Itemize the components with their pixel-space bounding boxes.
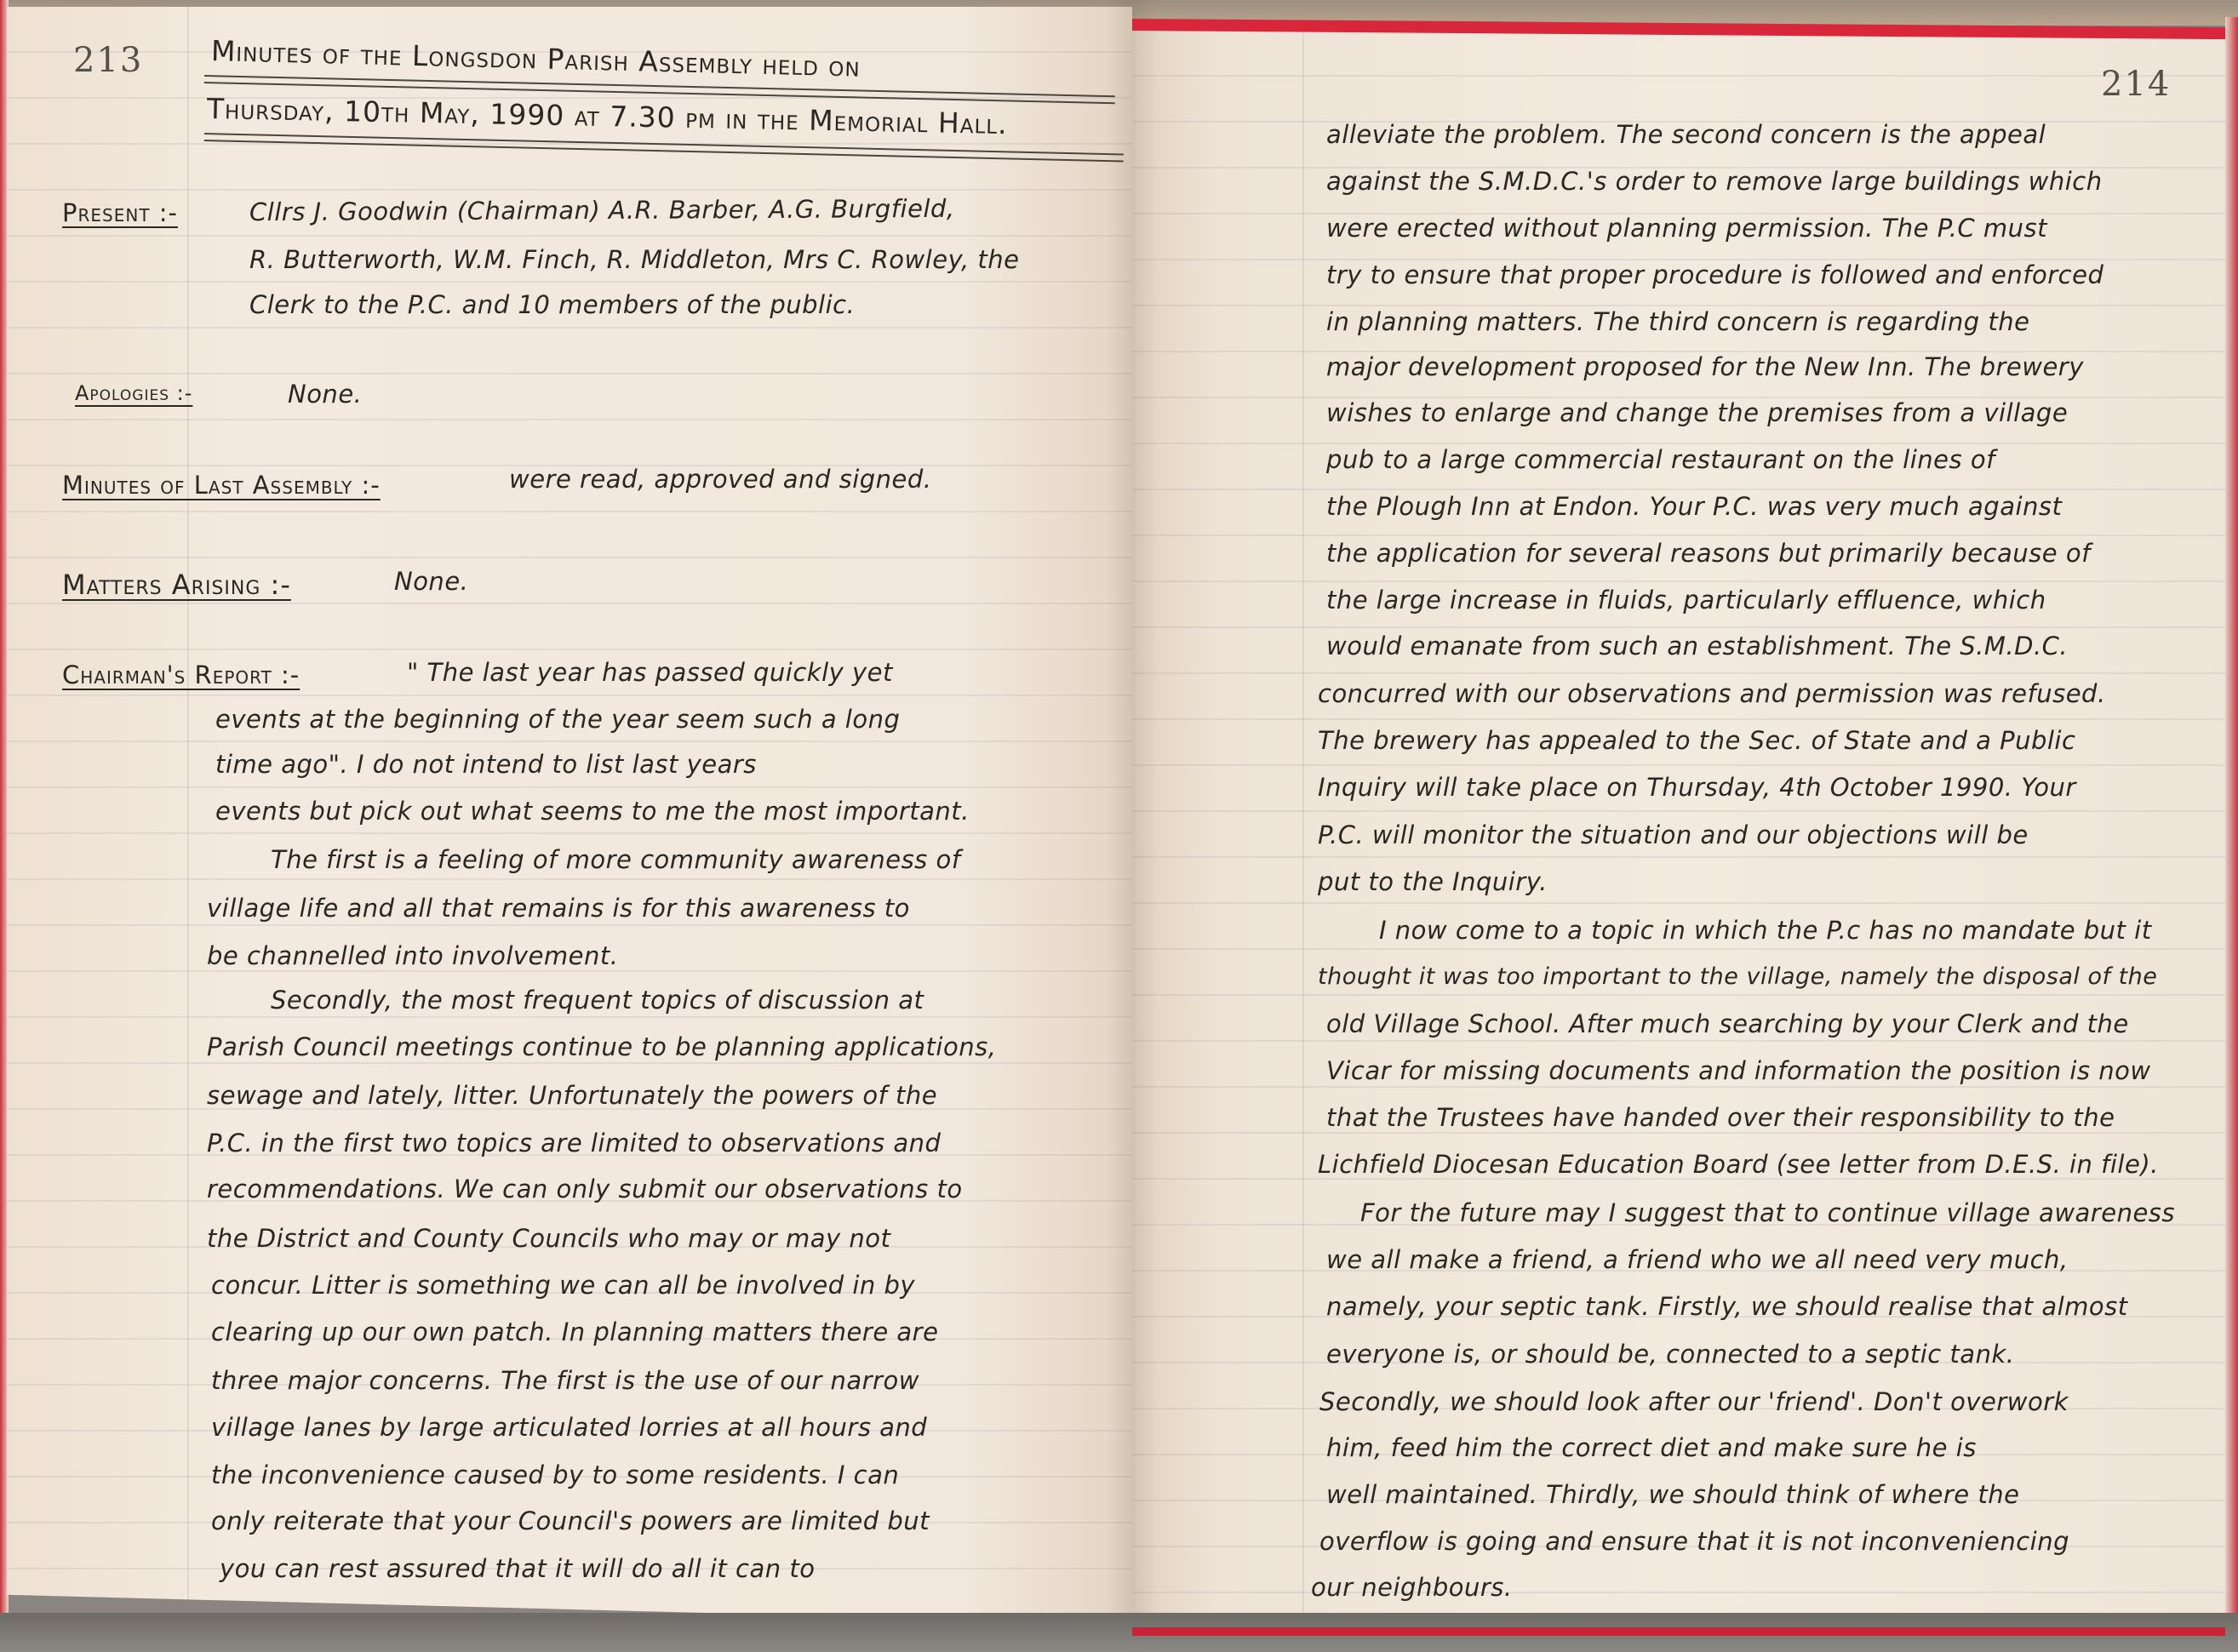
page-line: overflow is going and ensure that it is … bbox=[1319, 1527, 2069, 1556]
page-line: For the future may I suggest that to con… bbox=[1360, 1198, 2175, 1227]
page-line: Secondly, we should look after our 'frie… bbox=[1319, 1387, 2069, 1416]
page-line: P.C. will monitor the situation and our … bbox=[1318, 820, 2029, 849]
present-line: Cllrs J. Goodwin (Chairman) A.R. Barber,… bbox=[249, 194, 955, 226]
report-line: be channelled into involvement. bbox=[207, 941, 618, 970]
page-edge-bottom bbox=[1132, 1627, 2225, 1636]
chairmans-report-label: Chairman's Report :- bbox=[62, 660, 300, 689]
page-line: everyone is, or should be, connected to … bbox=[1326, 1340, 2014, 1369]
report-line: village lanes by large articulated lorri… bbox=[211, 1413, 927, 1442]
report-line: you can rest assured that it will do all… bbox=[220, 1554, 815, 1583]
header-line-2: Thursday, 10th May, 1990 at 7.30 pm in t… bbox=[207, 92, 1008, 140]
report-line: events but pick out what seems to me the… bbox=[215, 797, 970, 826]
report-line: The first is a feeling of more community… bbox=[271, 845, 960, 874]
page-line: well maintained. Thirdly, we should thin… bbox=[1326, 1480, 2019, 1509]
page-line: namely, your septic tank. Firstly, we sh… bbox=[1326, 1292, 2128, 1321]
margin-line bbox=[187, 7, 189, 1624]
report-line: the District and County Councils who may… bbox=[207, 1224, 890, 1253]
report-line: time ago". I do not intend to list last … bbox=[215, 750, 757, 779]
report-line: sewage and lately, litter. Unfortunately… bbox=[207, 1081, 937, 1110]
page-line: The brewery has appealed to the Sec. of … bbox=[1318, 726, 2075, 755]
present-label: Present :- bbox=[62, 198, 178, 227]
apologies-text: None. bbox=[288, 380, 362, 409]
report-line: " The last year has passed quickly yet bbox=[407, 658, 893, 687]
page-number: 213 bbox=[73, 41, 143, 80]
page-line: concurred with our observations and perm… bbox=[1318, 679, 2106, 708]
minutes-last-assembly-label: Minutes of Last Assembly :- bbox=[62, 471, 381, 500]
page-line: the application for several reasons but … bbox=[1326, 539, 2091, 568]
page-line: in planning matters. The third concern i… bbox=[1326, 307, 2030, 336]
page-line: Lichfield Diocesan Education Board (see … bbox=[1318, 1150, 2159, 1179]
report-line: only reiterate that your Council's power… bbox=[211, 1506, 930, 1535]
report-line: concur. Litter is something we can all b… bbox=[211, 1271, 915, 1300]
page-line: old Village School. After much searching… bbox=[1326, 1009, 2129, 1038]
matters-arising-text: None. bbox=[394, 567, 468, 596]
report-line: P.C. in the first two topics are limited… bbox=[207, 1129, 941, 1158]
page-line: our neighbours. bbox=[1311, 1573, 1513, 1602]
left-page: 213 Minutes of the Longsdon Parish Assem… bbox=[7, 7, 1132, 1624]
page-line: alleviate the problem. The second concer… bbox=[1326, 120, 2046, 149]
page-line: Vicar for missing documents and informat… bbox=[1326, 1056, 2151, 1085]
page-line: Inquiry will take place on Thursday, 4th… bbox=[1318, 773, 2076, 802]
page-line: the Plough Inn at Endon. Your P.C. was v… bbox=[1326, 492, 2062, 521]
page-line: the large increase in fluids, particular… bbox=[1326, 586, 2046, 614]
page-line: thought it was too important to the vill… bbox=[1318, 963, 2157, 990]
report-line: village life and all that remains is for… bbox=[207, 894, 910, 923]
page-line: were erected without planning permission… bbox=[1326, 214, 2047, 243]
report-line: Parish Council meetings continue to be p… bbox=[207, 1032, 996, 1061]
page-line: would emanate from such an establishment… bbox=[1326, 632, 2068, 660]
page-line: major development proposed for the New I… bbox=[1326, 352, 2084, 381]
minutes-last-assembly-text: were read, approved and signed. bbox=[509, 465, 932, 494]
page-line: that the Trustees have handed over their… bbox=[1326, 1103, 2115, 1132]
present-line: Clerk to the P.C. and 10 members of the … bbox=[249, 290, 855, 319]
page-line: try to ensure that proper procedure is f… bbox=[1326, 260, 2103, 289]
report-line: three major concerns. The first is the u… bbox=[211, 1366, 919, 1395]
header-line-1: Minutes of the Longsdon Parish Assembly … bbox=[211, 34, 861, 83]
right-page: 214 alleviate the problem. The second co… bbox=[1132, 31, 2226, 1627]
page-line: wishes to enlarge and change the premise… bbox=[1326, 398, 2068, 427]
report-line: Secondly, the most frequent topics of di… bbox=[271, 986, 924, 1015]
margin-line bbox=[1302, 31, 1304, 1627]
page-number: 214 bbox=[2101, 65, 2171, 104]
page-edge-right bbox=[2225, 17, 2238, 1652]
report-line: recommendations. We can only submit our … bbox=[207, 1175, 963, 1203]
page-line: put to the Inquiry. bbox=[1318, 867, 1548, 896]
page-line: we all make a friend, a friend who we al… bbox=[1326, 1245, 2069, 1274]
report-line: the inconvenience caused by to some resi… bbox=[211, 1461, 899, 1489]
present-line: R. Butterworth, W.M. Finch, R. Middleton… bbox=[249, 245, 1020, 274]
matters-arising-label: Matters Arising :- bbox=[62, 569, 291, 601]
report-line: clearing up our own patch. In planning m… bbox=[211, 1318, 938, 1346]
report-line: events at the beginning of the year seem… bbox=[215, 705, 900, 734]
page-line: I now come to a topic in which the P.c h… bbox=[1379, 916, 2152, 945]
page-line: pub to a large commercial restaurant on … bbox=[1326, 445, 1995, 474]
apologies-label: Apologies :- bbox=[75, 381, 192, 405]
page-line: him, feed him the correct diet and make … bbox=[1326, 1433, 1977, 1462]
page-line: against the S.M.D.C.'s order to remove l… bbox=[1326, 167, 2103, 196]
